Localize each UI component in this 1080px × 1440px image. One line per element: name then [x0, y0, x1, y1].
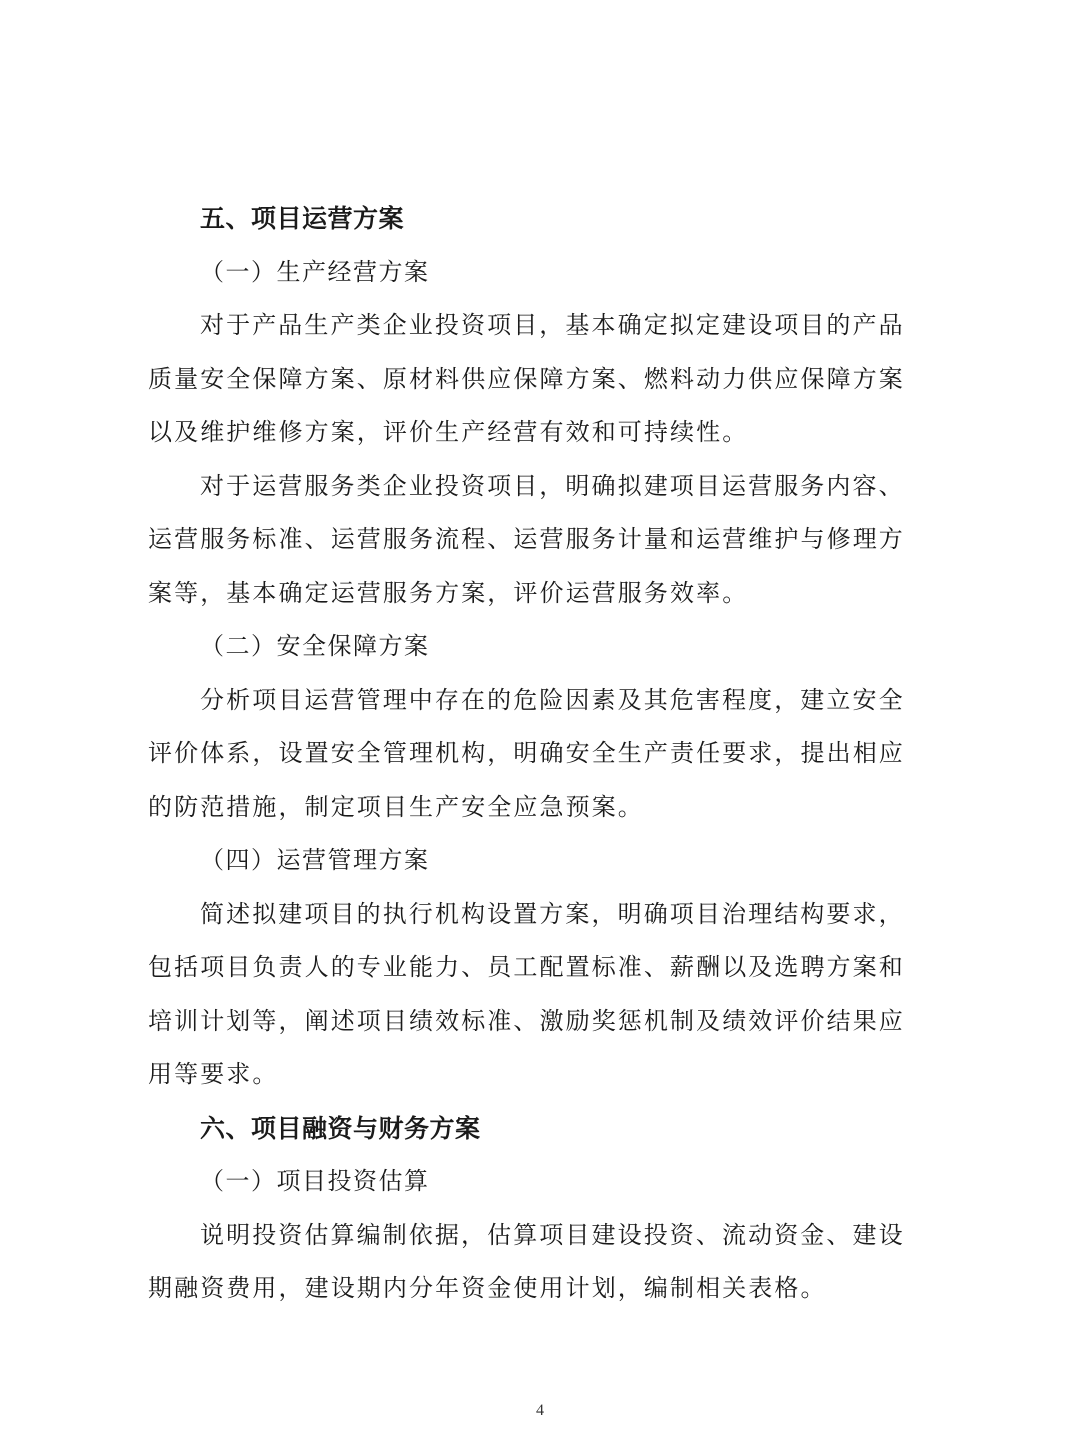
- text-line: 以及维护维修方案，评价生产经营有效和可持续性。: [148, 406, 938, 460]
- section-heading-6: 六、项目融资与财务方案: [148, 1102, 938, 1156]
- text-line: 期融资费用，建设期内分年资金使用计划，编制相关表格。: [148, 1262, 938, 1316]
- text-line: 分析项目运营管理中存在的危险因素及其危害程度，建立安全: [148, 674, 938, 728]
- text-line: 对于运营服务类企业投资项目，明确拟建项目运营服务内容、: [148, 460, 938, 514]
- subsection-heading-investment: （一）项目投资估算: [148, 1155, 938, 1209]
- paragraph-service-plan: 对于运营服务类企业投资项目，明确拟建项目运营服务内容、 运营服务标准、运营服务流…: [148, 460, 938, 621]
- paragraph-safety-plan: 分析项目运营管理中存在的危险因素及其危害程度，建立安全 评价体系，设置安全管理机…: [148, 674, 938, 835]
- subsection-heading-safety: （二）安全保障方案: [148, 620, 938, 674]
- document-body: 五、项目运营方案 （一）生产经营方案 对于产品生产类企业投资项目，基本确定拟定建…: [148, 192, 938, 1316]
- text-line: 运营服务标准、运营服务流程、运营服务计量和运营维护与修理方: [148, 513, 938, 567]
- text-line: 的防范措施，制定项目生产安全应急预案。: [148, 781, 938, 835]
- paragraph-production-plan: 对于产品生产类企业投资项目，基本确定拟定建设项目的产品 质量安全保障方案、原材料…: [148, 299, 938, 460]
- text-line: 评价体系，设置安全管理机构，明确安全生产责任要求，提出相应: [148, 727, 938, 781]
- paragraph-investment-estimate: 说明投资估算编制依据，估算项目建设投资、流动资金、建设 期融资费用，建设期内分年…: [148, 1209, 938, 1316]
- text-line: 质量安全保障方案、原材料供应保障方案、燃料动力供应保障方案: [148, 353, 938, 407]
- text-line: 说明投资估算编制依据，估算项目建设投资、流动资金、建设: [148, 1209, 938, 1263]
- text-line: 简述拟建项目的执行机构设置方案，明确项目治理结构要求，: [148, 888, 938, 942]
- subsection-heading-production: （一）生产经营方案: [148, 246, 938, 300]
- document-page: 五、项目运营方案 （一）生产经营方案 对于产品生产类企业投资项目，基本确定拟定建…: [0, 0, 1080, 1440]
- text-line: 案等，基本确定运营服务方案，评价运营服务效率。: [148, 567, 938, 621]
- subsection-heading-operations: （四）运营管理方案: [148, 834, 938, 888]
- section-heading-5: 五、项目运营方案: [148, 192, 938, 246]
- paragraph-operations-plan: 简述拟建项目的执行机构设置方案，明确项目治理结构要求， 包括项目负责人的专业能力…: [148, 888, 938, 1102]
- text-line: 培训计划等，阐述项目绩效标准、激励奖惩机制及绩效评价结果应: [148, 995, 938, 1049]
- page-number: 4: [0, 1402, 1080, 1420]
- text-line: 用等要求。: [148, 1048, 938, 1102]
- text-line: 包括项目负责人的专业能力、员工配置标准、薪酬以及选聘方案和: [148, 941, 938, 995]
- text-line: 对于产品生产类企业投资项目，基本确定拟定建设项目的产品: [148, 299, 938, 353]
